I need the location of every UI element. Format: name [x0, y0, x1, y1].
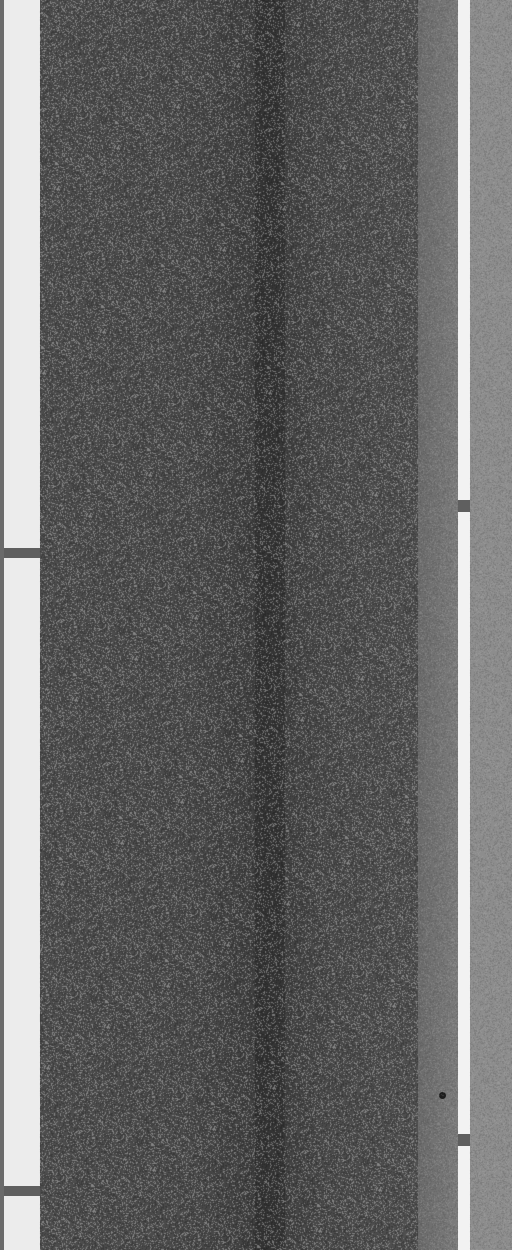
asphalt-texture [0, 0, 512, 1250]
road-photo [0, 0, 512, 1250]
